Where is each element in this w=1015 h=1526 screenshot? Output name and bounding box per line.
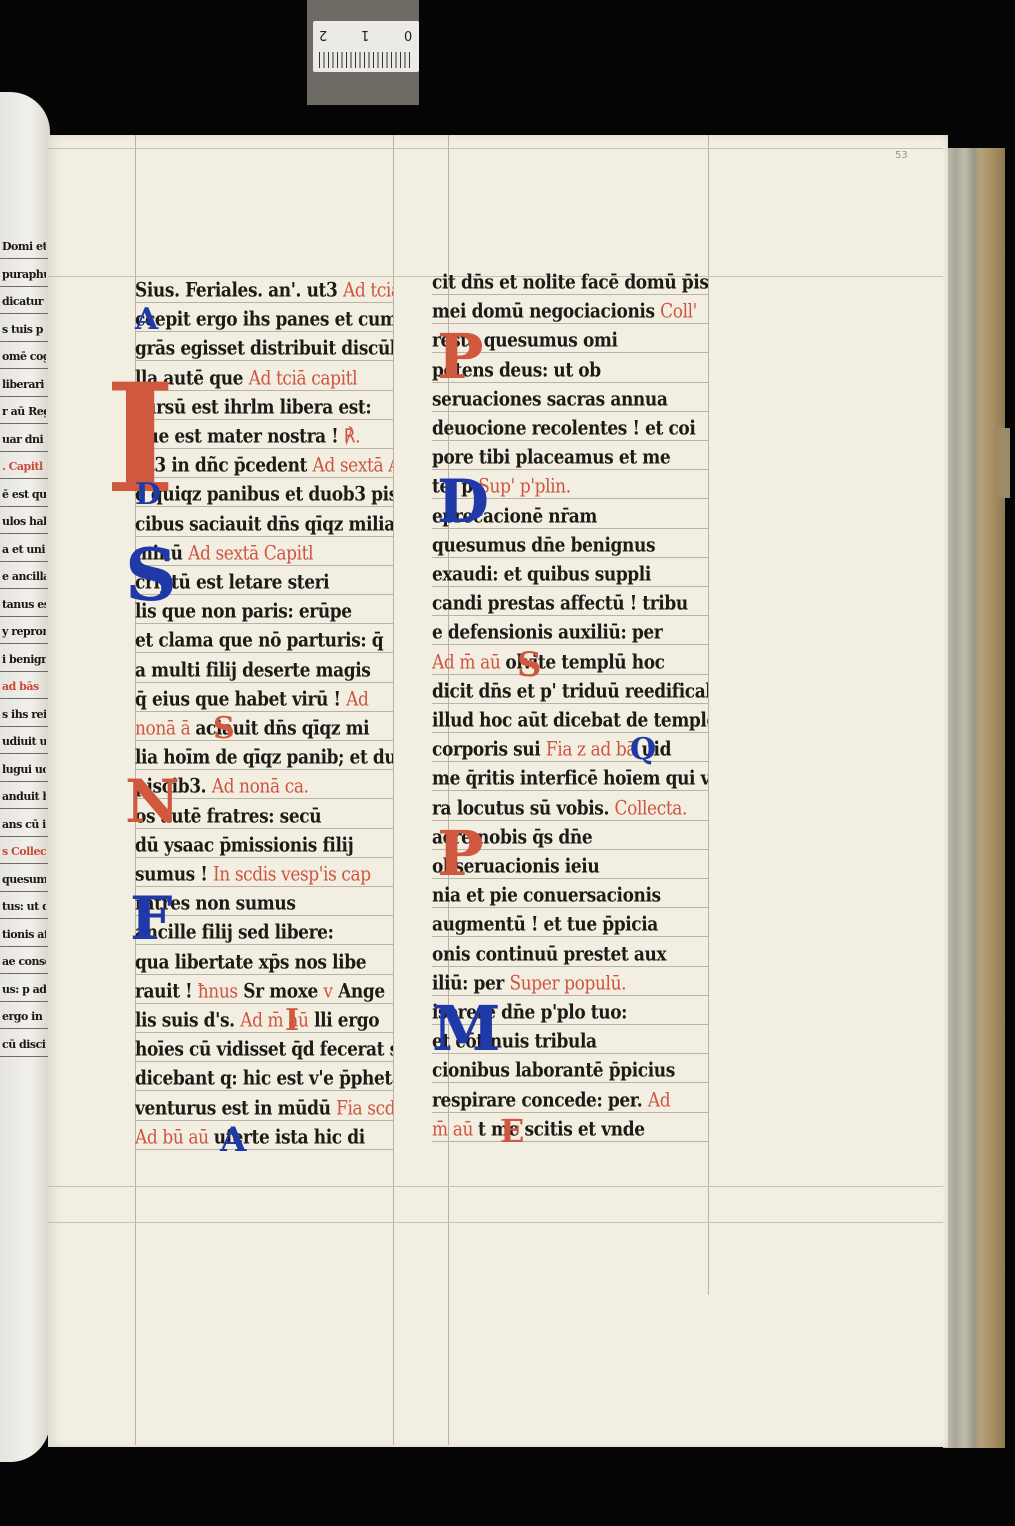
body-text: e defensionis auxiliū:	[432, 622, 632, 645]
facing-page-line: e ancilla	[2, 570, 46, 584]
rubric-text: Fia z ad bā	[546, 739, 636, 762]
body-text: respirare concede: per.	[432, 1089, 648, 1112]
body-text: exaudi: et quibus suppli	[432, 563, 651, 586]
facing-page-line: s ihs rei	[2, 708, 46, 722]
facing-page-rule	[0, 836, 50, 837]
rubric-text: v	[323, 980, 332, 1003]
text-line: ccepit ergo ihs panes et cum	[135, 305, 393, 336]
facing-page-line: . Capitl	[2, 460, 46, 474]
decorated-initial-s: S	[213, 714, 235, 744]
body-text: quesumus dn̄e benignus	[432, 534, 655, 557]
body-text: augmentū ! et tue p̄picia	[432, 914, 658, 937]
text-line: me q̄ritis interficē hoīem qui ve	[432, 764, 708, 795]
facing-page-rule	[0, 973, 50, 974]
facing-page-line: omē cogi	[2, 350, 46, 364]
text-column-left: Sius. Feriales. an'. ut3 Ad tciā ā ccepi…	[135, 278, 393, 1178]
facing-page-line: ergo in mo	[2, 1010, 46, 1024]
folio-number: 53	[895, 150, 908, 161]
rubric-text: Ad sextā Capitl	[188, 542, 313, 565]
text-line: ancille filij sed libere:	[135, 918, 393, 949]
facing-page-line: i benigne	[2, 653, 46, 667]
body-text: candi prestas affectū ! tribu	[432, 593, 688, 616]
decorated-initial-s: S	[517, 648, 542, 682]
facing-page-line: ad bās	[2, 680, 46, 694]
body-text: dicebant q: hic est v'e p̄pheta qui	[135, 1068, 393, 1091]
text-line: corporis sui Fia z ad bā uid	[432, 735, 708, 766]
body-text: Sius. Feriales. an'. ut3	[135, 279, 343, 302]
rubric-text: nonā ā	[135, 717, 195, 740]
rubric-text: Ad	[346, 688, 368, 711]
body-text: a multi filij deserte magis	[135, 659, 370, 682]
facing-page-rule	[0, 946, 50, 947]
facing-page-fragment: Domi et ignpuraphusdicatur uests tuis po…	[0, 92, 50, 1462]
decorated-initial-m: M	[432, 998, 501, 1060]
facing-page-line: a et uni	[2, 543, 46, 557]
text-line: qua libertate xp̄s nos libe	[135, 948, 393, 979]
body-text: sumus !	[135, 863, 213, 886]
facing-page-rule	[0, 533, 50, 534]
facing-page-line: quesum' q	[2, 873, 46, 887]
text-line: Sius. Feriales. an'. ut3 Ad tciā ā	[135, 276, 393, 307]
decorated-initial-s: S	[125, 539, 177, 611]
text-line: m̄ aū t me scitis et vnde	[432, 1115, 708, 1146]
ruling-horizontal-3	[48, 1186, 943, 1187]
ruling-horizontal-4	[48, 1222, 943, 1223]
decorated-initial-i: I	[285, 1006, 299, 1036]
facing-page-rule	[0, 643, 50, 644]
rubric-text: Ad	[648, 1089, 670, 1112]
ruler-label-1: 1	[361, 27, 369, 42]
facing-page-rule	[0, 891, 50, 892]
decorated-initial-n: N	[125, 772, 180, 832]
decorated-initial-p: P	[437, 326, 484, 388]
body-text: cit dn̄s et nolite facē domū p̄is	[432, 271, 708, 294]
body-text: lis suis d's.	[135, 1009, 240, 1032]
text-line: e defensionis auxiliū: per	[432, 618, 708, 649]
text-line: et clama que nō parturis: q̄	[135, 626, 393, 657]
decorated-initial-p: P	[437, 823, 484, 885]
body-text: illud hoc aūt dicebat de templo	[432, 709, 708, 732]
rubric-text: Sup' p'plin.	[478, 476, 570, 499]
facing-page-line: tionis aff	[2, 928, 46, 942]
facing-page-line: tanus est	[2, 598, 46, 612]
text-line: Ad m̄ aū olvite templū hoc	[432, 648, 708, 679]
text-line: deuocione recolentes ! et coi	[432, 414, 708, 445]
facing-page-rule	[0, 258, 50, 259]
body-text: onis continuū prestet aux	[432, 943, 666, 966]
facing-page-rule	[0, 726, 50, 727]
body-text: qua libertate xp̄s nos libe	[135, 951, 366, 974]
book-clasp	[998, 428, 1010, 498]
rubric-text: Ad m̄ aū	[432, 651, 505, 674]
rubric-text: ℟.	[344, 425, 360, 448]
facing-page-line: ans cū ip	[2, 818, 46, 832]
rubric-text: Ad nonā ca.	[212, 776, 309, 799]
scale-ruler: 0 1 2	[313, 21, 419, 72]
text-line: sumus ! In scdis vesp'is cap	[135, 860, 393, 891]
text-line: rauit ! ħnus Sr moxe v Ange	[135, 977, 393, 1008]
text-line: q̄ eius que habet virū ! Ad	[135, 685, 393, 716]
facing-page-rule	[0, 478, 50, 479]
rubric-text: Super populū.	[510, 972, 627, 995]
text-line: dicit dn̄s et p' triduū reedificabo	[432, 677, 708, 708]
facing-page-rule	[0, 286, 50, 287]
ruling-vertical-2	[393, 135, 394, 1445]
text-line: cit dn̄s et nolite facē domū p̄is	[432, 268, 708, 299]
facing-page-rule	[0, 506, 50, 507]
facing-page-rule	[0, 1001, 50, 1002]
facing-page-rule	[0, 781, 50, 782]
facing-page-line: liberari uos	[2, 378, 46, 392]
decorated-initial-d: D	[135, 480, 161, 510]
facing-page-line: ulos habu	[2, 515, 46, 529]
ruling-horizontal-top	[48, 148, 943, 149]
rubric-text: m̄ aū	[432, 1118, 478, 1141]
facing-page-line: dicatur uest	[2, 295, 46, 309]
decorated-initial-a: A	[135, 305, 158, 335]
facing-page-line: uar dni p	[2, 433, 46, 447]
body-text: lli ergo	[309, 1009, 380, 1032]
facing-page-line: s tuis p	[2, 323, 46, 337]
decorated-initial-q: Q	[630, 735, 656, 765]
ruler-label-2: 2	[319, 27, 327, 42]
facing-page-rule	[0, 1056, 50, 1057]
text-line: candi prestas affectū ! tribu	[432, 589, 708, 620]
text-line: Ad bū aū uferte ista hic di	[135, 1123, 393, 1154]
text-line: dicebant q: hic est v'e p̄pheta qui	[135, 1064, 393, 1095]
decorated-initial-e: E	[500, 1115, 524, 1147]
rubric-text: Ad tciā ā	[343, 279, 393, 302]
body-text: et clama que nō parturis: q̄	[135, 630, 383, 653]
facing-page-rule	[0, 588, 50, 589]
body-text: Ange	[333, 980, 385, 1003]
body-text: ccepit ergo ihs panes et cum	[135, 309, 393, 332]
rubric-text: Coll'	[660, 301, 697, 324]
text-line: hoīes cū vidisset q̄d fecerat signū	[135, 1035, 393, 1066]
decorated-initial-a: A	[220, 1123, 246, 1157]
facing-page-line: r aū Regn	[2, 405, 46, 419]
rubric-text: ħnus	[198, 980, 238, 1003]
ruler-label-0: 0	[404, 27, 412, 42]
facing-page-line: Domi et ign	[2, 240, 46, 254]
facing-page-rule	[0, 341, 50, 342]
text-line: lis suis d's. Ad m̄ aū lli ergo	[135, 1006, 393, 1037]
facing-page-rule	[0, 368, 50, 369]
text-line: ratres non sumus	[135, 889, 393, 920]
body-text: dicit dn̄s et p' triduū reedificabo	[432, 680, 708, 703]
facing-page-line: tus: ut q	[2, 900, 46, 914]
text-line: a multi filij deserte magis	[135, 656, 393, 687]
facing-page-line: udiuit uoui	[2, 735, 46, 749]
facing-page-rule	[0, 863, 50, 864]
rubric-text: In scdis vesp'is cap	[213, 863, 371, 886]
text-line: augmentū ! et tue p̄picia	[432, 910, 708, 941]
body-text: corporis sui	[432, 739, 546, 762]
rubric-text: Ad bū aū	[135, 1126, 214, 1149]
facing-page-line: us: p ad	[2, 983, 46, 997]
text-line: onis continuū prestet aux	[432, 940, 708, 971]
text-line: respirare concede: per. Ad	[432, 1086, 708, 1117]
facing-page-rule	[0, 616, 50, 617]
facing-page-rule	[0, 753, 50, 754]
body-text: venturus est in mūdū	[135, 1097, 336, 1120]
facing-page-rule	[0, 918, 50, 919]
facing-page-rule	[0, 396, 50, 397]
text-line: venturus est in mūdū Fia scd'a	[135, 1094, 393, 1125]
book-fore-edge	[943, 148, 1005, 1448]
body-text: me q̄ritis interficē hoīem qui ve	[432, 768, 708, 791]
facing-page-line: cū discipul	[2, 1038, 46, 1052]
facing-page-line: y repromi	[2, 625, 46, 639]
facing-page-rule	[0, 671, 50, 672]
rubric-text: Ad sextā Aū.	[313, 455, 394, 478]
body-text: deuocione recolentes ! et coi	[432, 417, 695, 440]
facing-page-rule	[0, 808, 50, 809]
text-column-right: cit dn̄s et nolite facē domū p̄ismei dom…	[432, 270, 712, 1180]
rubric-text: Ad tciā capitl	[249, 367, 358, 390]
text-line: nonā ā aciauit dn̄s qīqz mi	[135, 714, 393, 745]
facing-page-rule	[0, 313, 50, 314]
ruler-ticks	[319, 52, 413, 68]
facing-page-line: puraphus	[2, 268, 46, 282]
rubric-text: Fia scd'a	[336, 1097, 393, 1120]
facing-page-line: s Collecta	[2, 845, 46, 859]
text-line: exaudi: et quibus suppli	[432, 560, 708, 591]
body-text: lia hoīm de qīqz panib; et duob3	[135, 747, 393, 770]
facing-page-line: lugui uod	[2, 763, 46, 777]
body-text: per	[632, 622, 662, 645]
body-text: rauit !	[135, 980, 198, 1003]
body-text: dū ysaac p̄missionis filij	[135, 834, 353, 857]
facing-page-rule	[0, 423, 50, 424]
body-text: pore tibi placeamus et me	[432, 447, 670, 470]
decorated-initial-d: D	[437, 472, 489, 532]
body-text: Sr moxe	[238, 980, 324, 1003]
facing-page-rule	[0, 561, 50, 562]
body-text: q̄ eius que habet virū !	[135, 688, 346, 711]
text-line: illud hoc aūt dicebat de templo	[432, 706, 708, 737]
facing-page-rule	[0, 1028, 50, 1029]
facing-page-line: ae conse	[2, 955, 46, 969]
decorated-initial-f: F	[130, 889, 173, 949]
facing-page-rule	[0, 451, 50, 452]
facing-page-line: anduit hu	[2, 790, 46, 804]
body-text: hoīes cū vidisset q̄d fecerat signū	[135, 1039, 393, 1062]
facing-page-line: ē est qui	[2, 488, 46, 502]
rubric-text: Collecta.	[615, 797, 687, 820]
facing-page-rule	[0, 698, 50, 699]
